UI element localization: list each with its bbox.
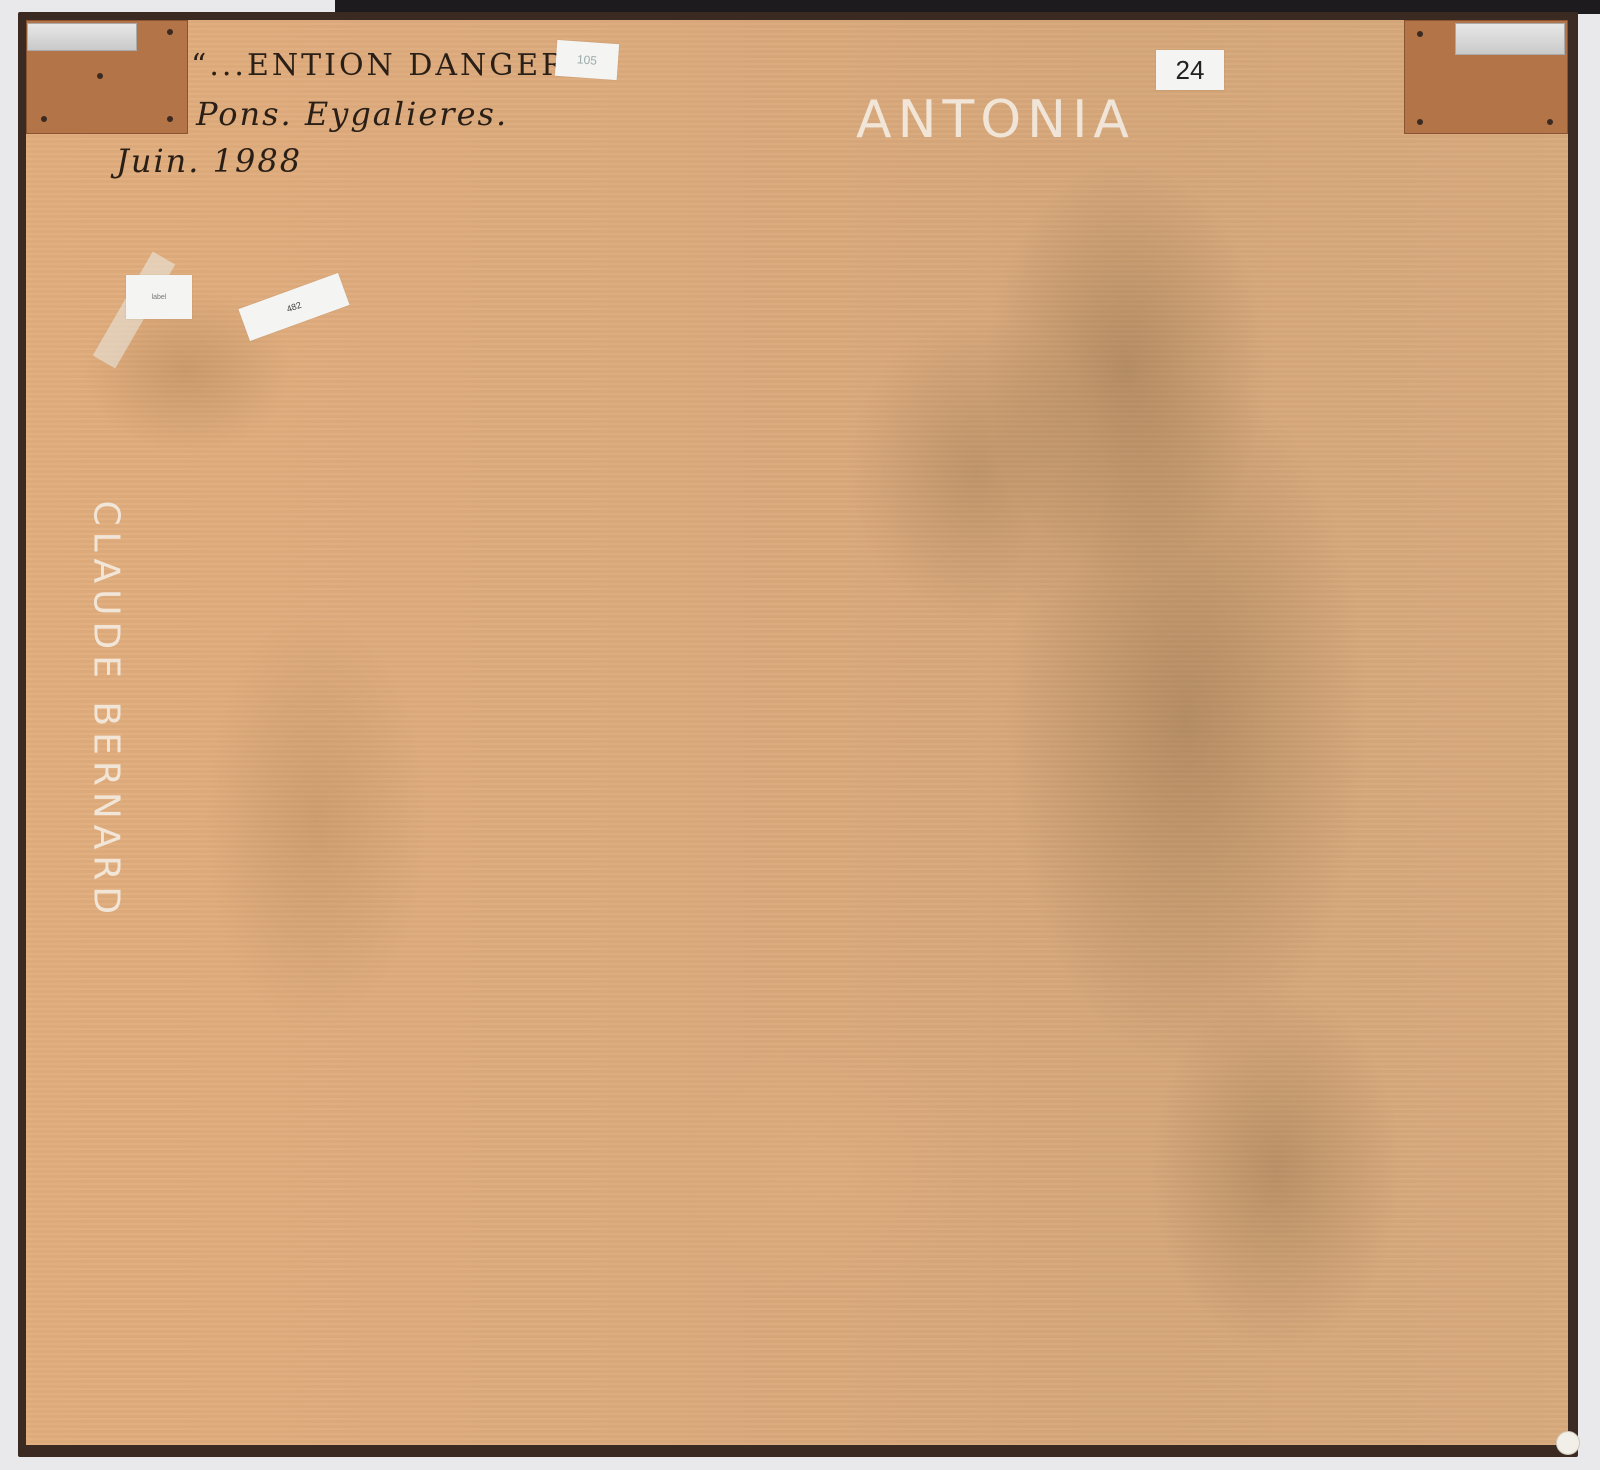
panel-frame: “...ENTION DANGER” Pons. Eygalieres. Jui… (18, 12, 1578, 1457)
sticker-24: 24 (1156, 50, 1224, 90)
screw-icon (1547, 119, 1553, 125)
screw-icon (97, 73, 103, 79)
screw-icon (1417, 31, 1423, 37)
inscription-title: “...ENTION DANGER” (191, 48, 583, 83)
screw-icon (167, 116, 173, 122)
label-left: label (126, 275, 192, 319)
inscription-date: Juin. 1988 (116, 142, 302, 180)
screw-icon (167, 29, 173, 35)
hinge-icon (1455, 23, 1565, 55)
felt-bumper (1556, 1431, 1580, 1455)
chalk-name-side: CLAUDE BERNARD (86, 501, 127, 901)
wood-back: “...ENTION DANGER” Pons. Eygalieres. Jui… (26, 20, 1568, 1445)
sticker-105: 105 (555, 40, 619, 80)
mount-block-top-right (1404, 20, 1568, 134)
screw-icon (1417, 119, 1423, 125)
screw-icon (41, 116, 47, 122)
label-right: 482 (238, 273, 349, 341)
mount-block-top-left (26, 20, 188, 134)
chalk-name-top: ANTONIA (856, 90, 1135, 150)
inscription-location: Pons. Eygalieres. (196, 95, 508, 133)
hinge-icon (27, 23, 137, 51)
